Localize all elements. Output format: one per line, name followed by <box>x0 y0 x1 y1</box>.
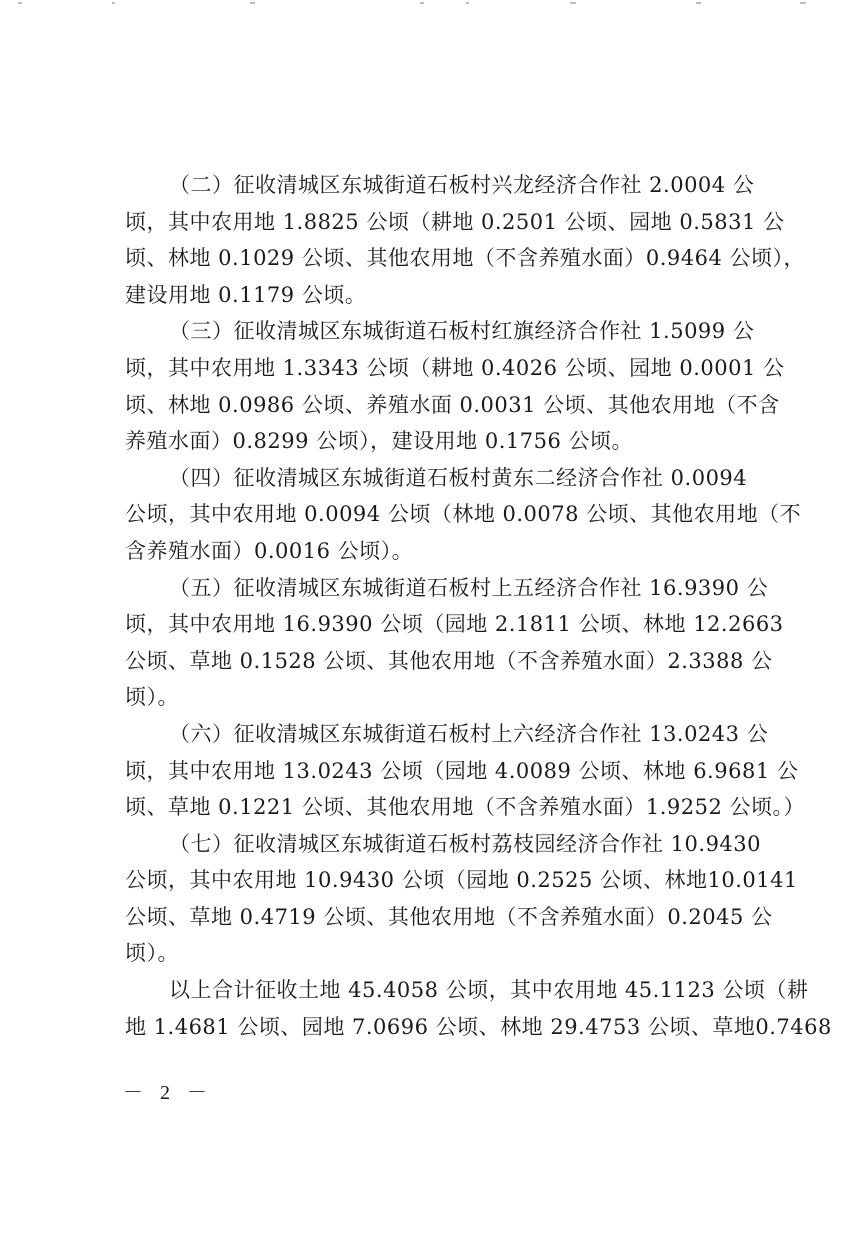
text-line: 公顷，其中农用地 10.9430 公顷（园地 0.2525 公顷、林地10.01… <box>125 862 727 899</box>
paragraph-item-2: （二）征收清城区东城街道石板村兴龙经济合作社 2.0004 公 顷，其中农用地 … <box>125 167 727 313</box>
scan-artifact <box>696 2 701 4</box>
page-number: － 2 － <box>123 1076 213 1105</box>
text-line: （五）征收清城区东城街道石板村上五经济合作社 16.9390 公 <box>125 570 727 607</box>
text-line: （七）征收清城区东城街道石板村荔枝园经济合作社 10.9430 <box>125 826 727 863</box>
text-line: 顷、草地 0.1221 公顷、其他农用地（不含养殖水面）1.9252 公顷。） <box>125 789 727 826</box>
text-line: 含养殖水面）0.0016 公顷）。 <box>125 533 727 570</box>
paragraph-item-5: （五）征收清城区东城街道石板村上五经济合作社 16.9390 公 顷，其中农用地… <box>125 570 727 716</box>
text-line: 顷，其中农用地 1.8825 公顷（耕地 0.2501 公顷、园地 0.5831… <box>125 204 727 241</box>
paragraph-total: 以上合计征收土地 45.4058 公顷，其中农用地 45.1123 公顷（耕 地… <box>125 972 727 1045</box>
text-line: 顷，其中农用地 1.3343 公顷（耕地 0.4026 公顷、园地 0.0001… <box>125 350 727 387</box>
text-line: 顷、林地 0.0986 公顷、养殖水面 0.0031 公顷、其他农用地（不含 <box>125 387 727 424</box>
text-line: 以上合计征收土地 45.4058 公顷，其中农用地 45.1123 公顷（耕 <box>125 972 727 1009</box>
paragraph-item-3: （三）征收清城区东城街道石板村红旗经济合作社 1.5099 公 顷，其中农用地 … <box>125 313 727 459</box>
text-line: （六）征收清城区东城街道石板村上六经济合作社 13.0243 公 <box>125 716 727 753</box>
scan-artifact <box>112 2 115 4</box>
text-line: 顷，其中农用地 13.0243 公顷（园地 4.0089 公顷、林地 6.968… <box>125 753 727 790</box>
scan-artifact <box>800 2 806 4</box>
scan-artifact <box>466 2 469 4</box>
text-line: 顷）。 <box>125 935 727 972</box>
text-line: 建设用地 0.1179 公顷。 <box>125 277 727 314</box>
text-line: 公顷、草地 0.1528 公顷、其他农用地（不含养殖水面）2.3388 公 <box>125 643 727 680</box>
text-line: 顷，其中农用地 16.9390 公顷（园地 2.1811 公顷、林地 12.26… <box>125 606 727 643</box>
scan-artifact <box>570 2 576 4</box>
document-page: （二）征收清城区东城街道石板村兴龙经济合作社 2.0004 公 顷，其中农用地 … <box>0 0 850 1239</box>
scan-artifact <box>18 2 22 4</box>
document-body: （二）征收清城区东城街道石板村兴龙经济合作社 2.0004 公 顷，其中农用地 … <box>125 167 727 1045</box>
text-line: 养殖水面）0.8299 公顷），建设用地 0.1756 公顷。 <box>125 423 727 460</box>
text-line: 顷）。 <box>125 679 727 716</box>
scan-artifact <box>250 2 255 4</box>
text-line: （三）征收清城区东城街道石板村红旗经济合作社 1.5099 公 <box>125 313 727 350</box>
scan-artifact <box>420 2 424 4</box>
text-line: （二）征收清城区东城街道石板村兴龙经济合作社 2.0004 公 <box>125 167 727 204</box>
text-line: 公顷，其中农用地 0.0094 公顷（林地 0.0078 公顷、其他农用地（不 <box>125 496 727 533</box>
text-line: 顷、林地 0.1029 公顷、其他农用地（不含养殖水面）0.9464 公顷）， <box>125 240 727 277</box>
paragraph-item-7: （七）征收清城区东城街道石板村荔枝园经济合作社 10.9430 公顷，其中农用地… <box>125 826 727 972</box>
text-line: （四）征收清城区东城街道石板村黄东二经济合作社 0.0094 <box>125 460 727 497</box>
paragraph-item-6: （六）征收清城区东城街道石板村上六经济合作社 13.0243 公 顷，其中农用地… <box>125 716 727 826</box>
text-line: 公顷、草地 0.4719 公顷、其他农用地（不含养殖水面）0.2045 公 <box>125 899 727 936</box>
paragraph-item-4: （四）征收清城区东城街道石板村黄东二经济合作社 0.0094 公顷，其中农用地 … <box>125 460 727 570</box>
text-line: 地 1.4681 公顷、园地 7.0696 公顷、林地 29.4753 公顷、草… <box>125 1009 727 1046</box>
